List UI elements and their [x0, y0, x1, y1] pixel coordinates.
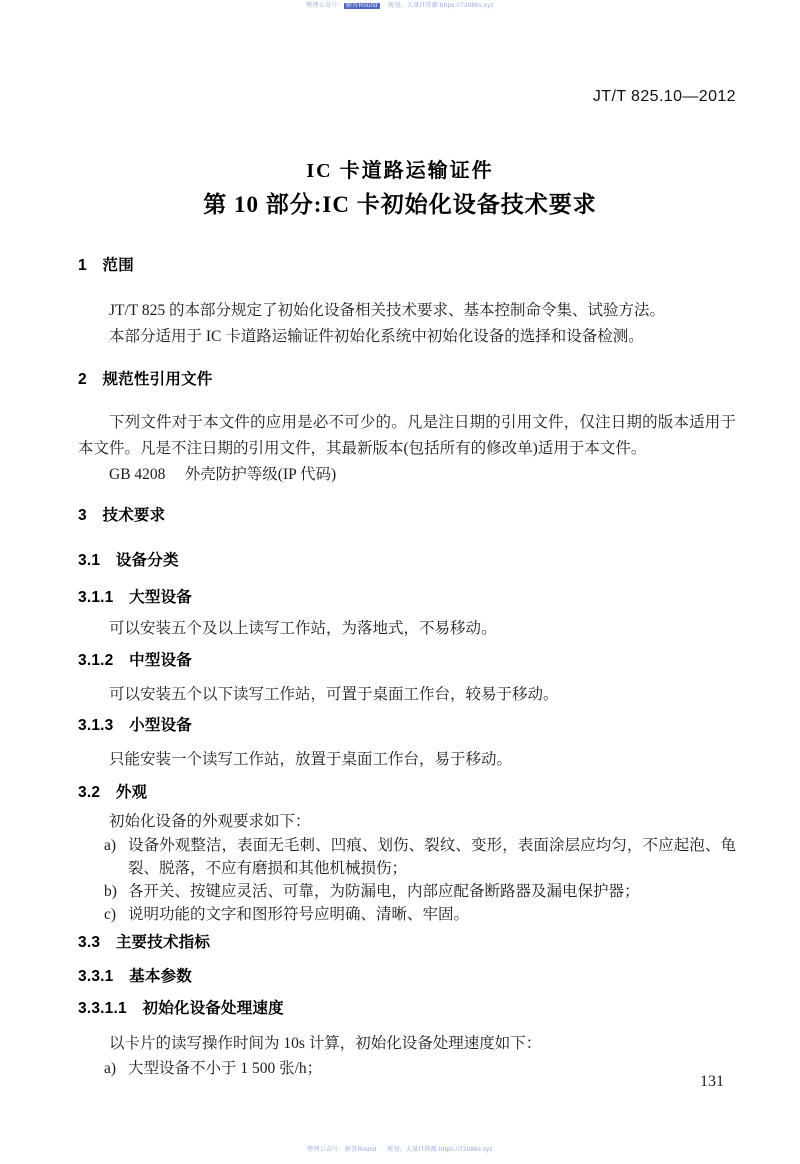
heading-3-technical-requirements: 3 技术要求 — [78, 506, 736, 526]
large-device-paragraph: 可以安装五个及以上读写工作站，为落地式，不易移动。 — [78, 616, 736, 642]
heading-3-1-3-small-device: 3.1.3 小型设备 — [78, 716, 736, 736]
reference-gb4208: GB 4208 外壳防护等级(IP 代码) — [78, 462, 736, 488]
scope-paragraph-2: 本部分适用于 IC 卡道路运输证件初始化系统中初始化设备的选择和设备检测。 — [78, 324, 736, 350]
title-line-1: IC 卡道路运输证件 — [0, 158, 800, 184]
heading-3-1-2-medium-device: 3.1.2 中型设备 — [78, 651, 736, 671]
watermark-header: 整理公众号：解答Round 规划，大量IT资源 https://72086s.x… — [0, 2, 800, 10]
scope-paragraph-1: JT/T 825 的本部分规定了初始化设备相关技术要求、基本控制命令集、试验方法… — [78, 298, 736, 324]
page-number: 131 — [700, 1073, 724, 1091]
watermark-suffix: 规划，大量IT资源 https://72086s.xyz — [380, 3, 494, 9]
watermark-prefix: 整理公众号： — [306, 3, 344, 9]
heading-3-3-main-technical-indicators: 3.3 主要技术指标 — [78, 933, 736, 953]
list-item: c) 说明功能的文字和图形符号应明确、清晰、牢固。 — [78, 903, 736, 926]
appearance-requirements-list: a) 设备外观整洁，表面无毛刺、凹痕、划伤、裂纹、变形，表面涂层应均匀，不应起泡… — [78, 834, 736, 926]
heading-3-1-device-classification: 3.1 设备分类 — [78, 551, 736, 571]
heading-3-3-1-1-processing-speed: 3.3.1.1 初始化设备处理速度 — [78, 999, 736, 1019]
appearance-intro: 初始化设备的外观要求如下： — [78, 810, 736, 834]
heading-3-3-1-basic-parameters: 3.3.1 基本参数 — [78, 967, 736, 987]
processing-speed-intro: 以卡片的读写操作时间为 10s 计算，初始化设备处理速度如下： — [78, 1031, 736, 1057]
medium-device-paragraph: 可以安装五个以下读写工作站，可置于桌面工作台，较易于移动。 — [78, 682, 736, 708]
list-marker: a) — [104, 834, 116, 857]
title-line-2: 第 10 部分:IC 卡初始化设备技术要求 — [0, 190, 800, 220]
document-page: 整理公众号：解答Round 规划，大量IT资源 https://72086s.x… — [0, 0, 800, 1164]
heading-1-scope: 1 范围 — [78, 256, 736, 276]
list-item: a) 大型设备不小于 1 500 张/h； — [78, 1057, 736, 1080]
heading-3-2-appearance: 3.2 外观 — [78, 783, 736, 803]
watermark-highlight: 解答Round — [344, 3, 380, 9]
references-paragraph: 下列文件对于本文件的应用是必不可少的。凡是注日期的引用文件，仅注日期的版本适用于… — [78, 410, 736, 462]
document-title: IC 卡道路运输证件 第 10 部分:IC 卡初始化设备技术要求 — [0, 158, 800, 220]
list-marker: c) — [104, 903, 116, 926]
list-item: a) 设备外观整洁，表面无毛刺、凹痕、划伤、裂纹、变形，表面涂层应均匀，不应起泡… — [78, 834, 736, 880]
processing-speed-list: a) 大型设备不小于 1 500 张/h； — [78, 1057, 736, 1080]
list-item-text: 各开关、按键应灵活、可靠，为防漏电，内部应配备断路器及漏电保护器； — [128, 883, 640, 900]
standard-number: JT/T 825.10—2012 — [593, 88, 736, 106]
list-marker: a) — [104, 1057, 116, 1080]
list-item-text: 大型设备不小于 1 500 张/h； — [128, 1060, 322, 1077]
list-marker: b) — [104, 880, 117, 903]
small-device-paragraph: 只能安装一个读写工作站，放置于桌面工作台，易于移动。 — [78, 747, 736, 773]
watermark-footer: 整理公众号：解答Round 规划，大量IT资源 https://72086s.x… — [0, 1146, 800, 1154]
list-item: b) 各开关、按键应灵活、可靠，为防漏电，内部应配备断路器及漏电保护器； — [78, 880, 736, 903]
heading-2-normative-references: 2 规范性引用文件 — [78, 370, 736, 390]
list-item-text: 设备外观整洁，表面无毛刺、凹痕、划伤、裂纹、变形，表面涂层应均匀，不应起泡、龟裂… — [128, 837, 736, 877]
heading-3-1-1-large-device: 3.1.1 大型设备 — [78, 588, 736, 608]
document-body: 1 范围 JT/T 825 的本部分规定了初始化设备相关技术要求、基本控制命令集… — [78, 246, 736, 1080]
list-item-text: 说明功能的文字和图形符号应明确、清晰、牢固。 — [128, 906, 469, 923]
